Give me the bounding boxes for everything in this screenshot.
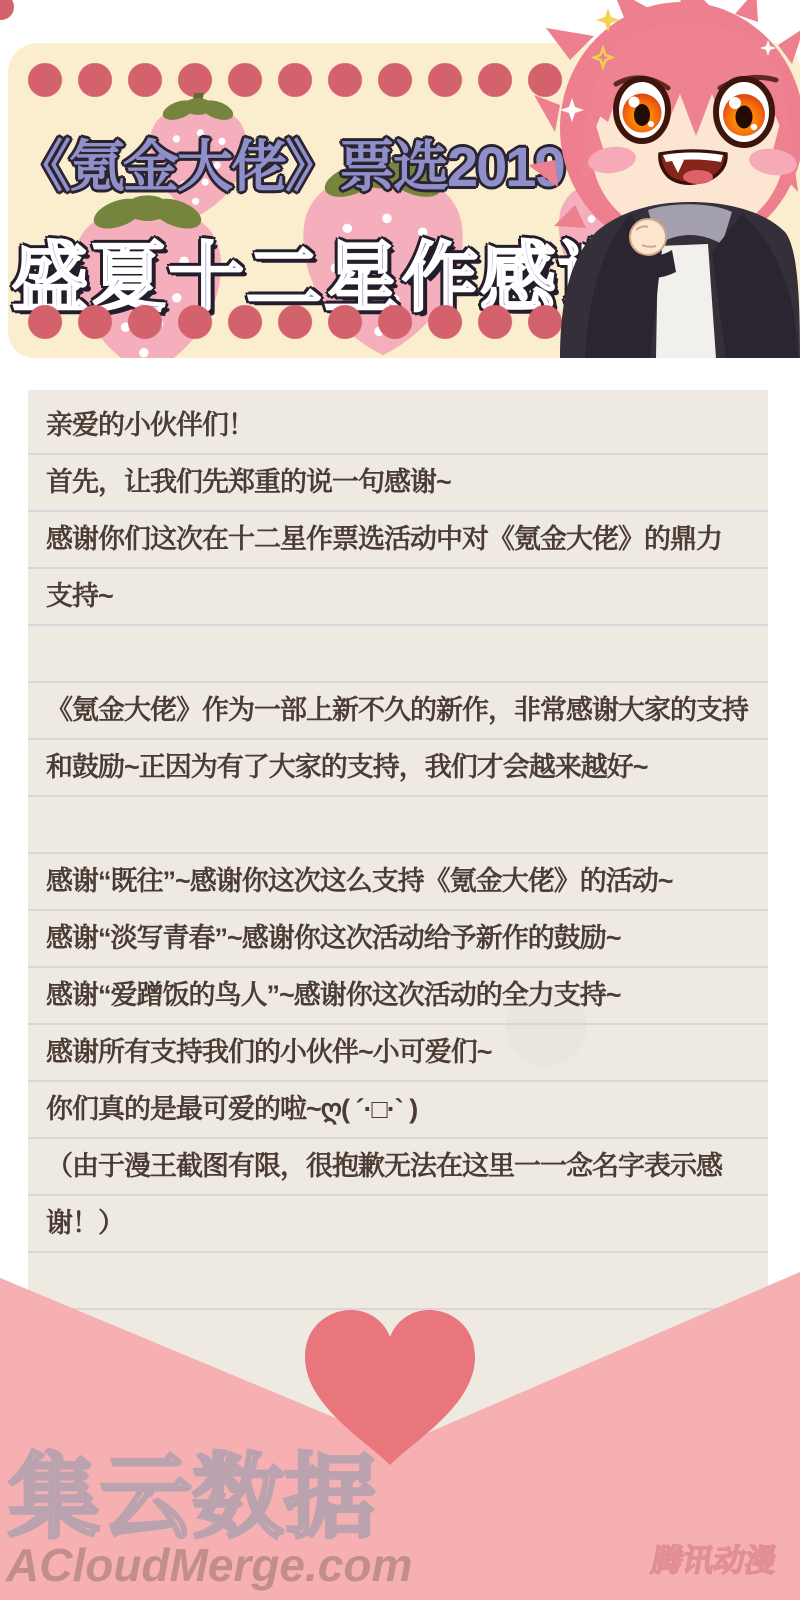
letter-line: 谢！） bbox=[28, 1196, 768, 1253]
watermark-chinese: 集云数据 bbox=[8, 1452, 376, 1544]
letter-line: 亲爱的小伙伴们！ bbox=[28, 398, 768, 455]
watermark-url: ACloudMerge.com bbox=[6, 1542, 412, 1588]
letter-line bbox=[28, 1253, 768, 1310]
heart-icon bbox=[305, 1310, 475, 1465]
letter-line: 感谢“爱蹭饭的鸟人”~感谢你这次活动的全力支持~ bbox=[28, 968, 768, 1025]
letter-line: 支持~ bbox=[28, 569, 768, 626]
letter-line bbox=[28, 797, 768, 854]
letter-line: 感谢“淡写青春”~感谢你这次活动给予新作的鼓励~ bbox=[28, 911, 768, 968]
chibi-character-illustration bbox=[530, 0, 800, 358]
letter-line: （由于漫王截图有限，很抱歉无法在这里一一念名字表示感 bbox=[28, 1139, 768, 1196]
letter-line: 感谢所有支持我们的小伙伴~小可爱们~ bbox=[28, 1025, 768, 1082]
letter-line: 你们真的是最可爱的啦~ღ( ´·□·` ) bbox=[28, 1082, 768, 1139]
tencent-comics-logo: 腾讯动漫 bbox=[649, 1545, 778, 1576]
letter-line: 和鼓励~正因为有了大家的支持，我们才会越来越好~ bbox=[28, 740, 768, 797]
letter-line: 首先，让我们先郑重的说一句感谢~ bbox=[28, 455, 768, 512]
banner-title-line1: 《氪金大佬》票选2019 bbox=[15, 123, 564, 203]
letter-line: 感谢“既往”~感谢你这次这么支持《氪金大佬》的活动~ bbox=[28, 854, 768, 911]
letter-line: 感谢你们这次在十二星作票选活动中对《氪金大佬》的鼎力 bbox=[28, 512, 768, 569]
letter-line: 《氪金大佬》作为一部上新不久的新作，非常感谢大家的支持 bbox=[28, 683, 768, 740]
letter-line bbox=[28, 626, 768, 683]
corner-dot bbox=[0, 0, 14, 20]
letter-paper: 亲爱的小伙伴们！ 首先，让我们先郑重的说一句感谢~ 感谢你们这次在十二星作票选活… bbox=[28, 390, 768, 1450]
